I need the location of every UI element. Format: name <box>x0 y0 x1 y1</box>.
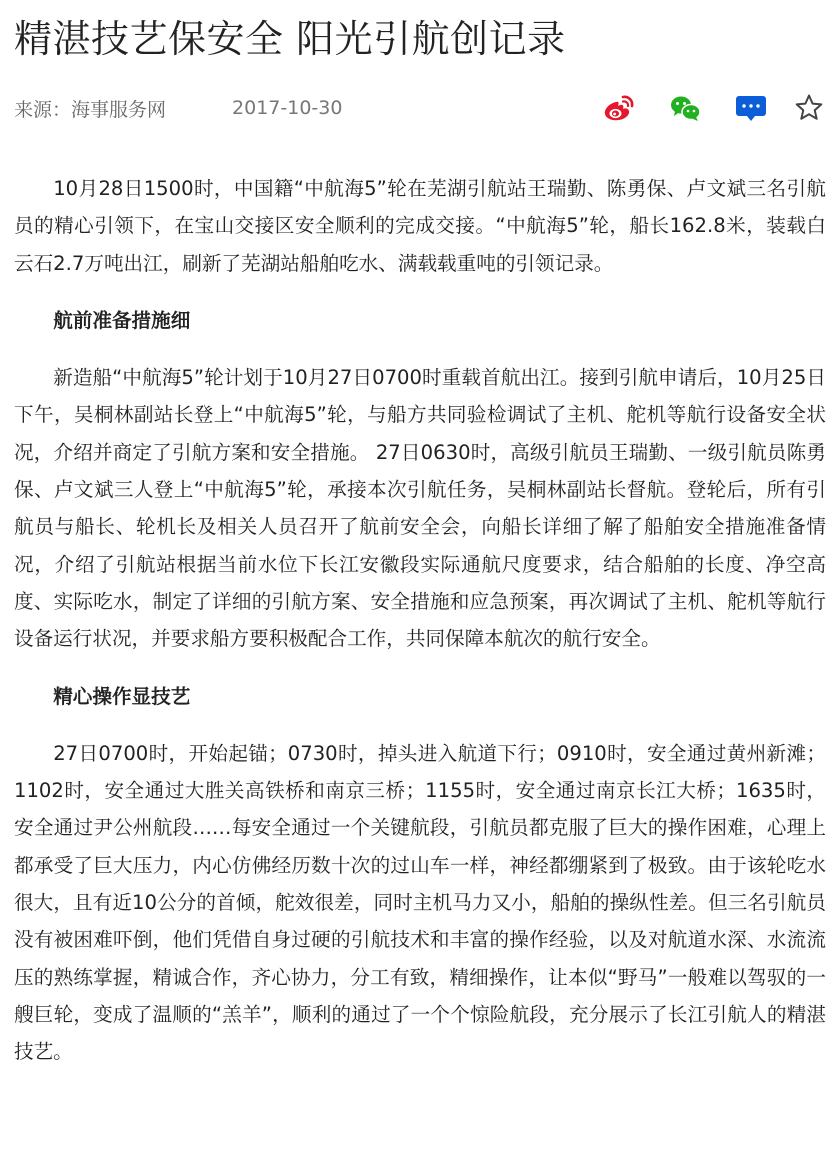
share-weibo-button[interactable] <box>602 91 636 125</box>
favorite-button[interactable] <box>792 91 826 125</box>
article-paragraph: 10月28日1500时，中国籍“中航海5”轮在芜湖引航站王瑞勤、陈勇保、卢文斌三… <box>14 170 826 282</box>
article-paragraph: 27日0700时，开始起锚；0730时，掉头进入航道下行；0910时，安全通过黄… <box>14 735 826 1071</box>
article-meta: 来源：海事服务网 2017-10-30 <box>14 88 826 128</box>
wechat-icon <box>669 93 703 123</box>
article-page: 精湛技艺保安全 阳光引航创记录 来源：海事服务网 2017-10-30 <box>0 0 840 1071</box>
article-date: 2017-10-30 <box>232 97 342 119</box>
star-icon <box>794 93 824 123</box>
article-body: 10月28日1500时，中国籍“中航海5”轮在芜湖引航站王瑞勤、陈勇保、卢文斌三… <box>14 170 826 1071</box>
section-heading: 精心操作显技艺 <box>14 678 826 715</box>
comment-button[interactable] <box>734 91 768 125</box>
share-wechat-button[interactable] <box>669 91 703 125</box>
article-paragraph: 新造船“中航海5”轮计划于10月27日0700时重载首航出江。接到引航申请后，1… <box>14 359 826 657</box>
article-title: 精湛技艺保安全 阳光引航创记录 <box>14 0 826 62</box>
article-source: 来源：海事服务网 <box>14 95 166 122</box>
comment-icon <box>735 93 767 123</box>
weibo-icon <box>602 93 636 123</box>
section-heading: 航前准备措施细 <box>14 302 826 339</box>
